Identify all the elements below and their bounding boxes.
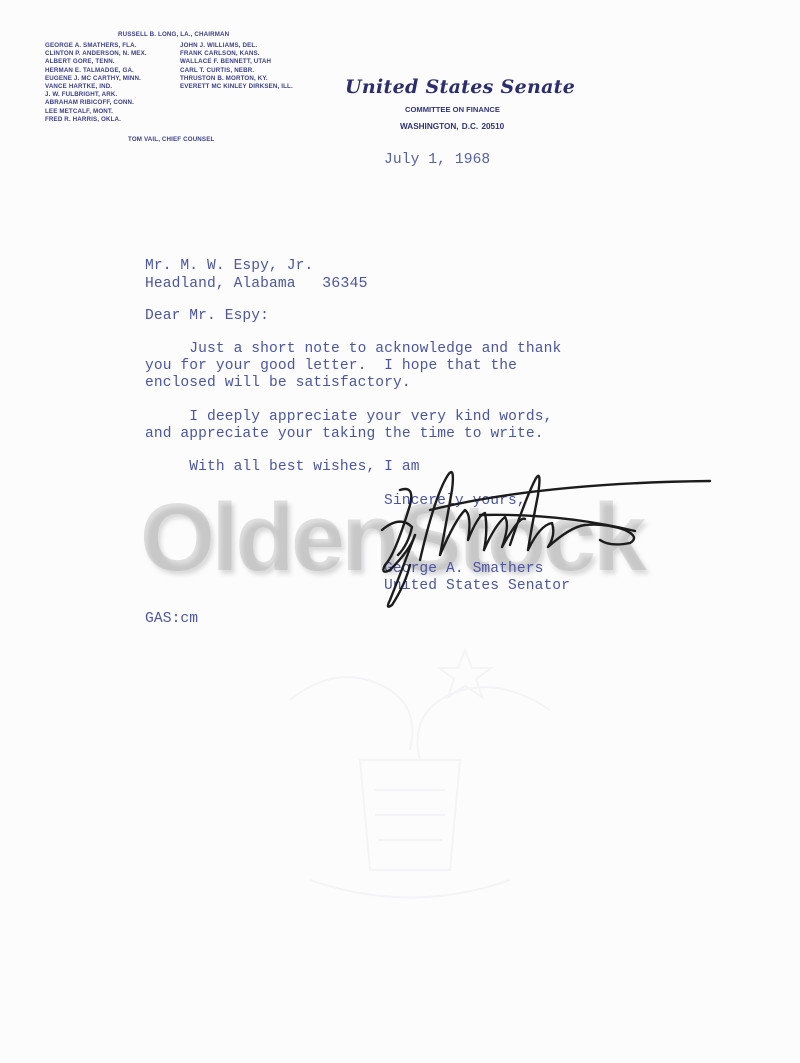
chairman-line: RUSSELL B. LONG, LA., CHAIRMAN (118, 31, 229, 38)
roster-member: J. W. FULBRIGHT, ARK. (45, 91, 147, 99)
roster-column-right: JOHN J. WILLIAMS, DEL. FRANK CARLSON, KA… (180, 42, 293, 91)
roster-member: CARL T. CURTIS, NEBR. (180, 67, 293, 75)
salutation: Dear Mr. Espy: (145, 308, 269, 325)
roster-member: CLINTON P. ANDERSON, N. MEX. (45, 50, 147, 58)
roster-member: EVERETT MC KINLEY DIRKSEN, ILL. (180, 83, 293, 91)
roster-member: FRANK CARLSON, KANS. (180, 50, 293, 58)
embossed-seal-icon (250, 640, 570, 920)
letterhead-address: WASHINGTON, D.C. 20510 (400, 122, 504, 131)
roster-member: JOHN J. WILLIAMS, DEL. (180, 42, 293, 50)
roster-member: VANCE HARTKE, IND. (45, 83, 147, 91)
letterhead-title: United States Senate (345, 76, 605, 98)
recipient-address: Mr. M. W. Espy, Jr. Headland, Alabama 36… (145, 258, 368, 293)
letter-date: July 1, 1968 (384, 152, 490, 169)
roster-member: ALBERT GORE, TENN. (45, 58, 147, 66)
chief-counsel-line: TOM VAIL, CHIEF COUNSEL (128, 136, 214, 143)
roster-member: THRUSTON B. MORTON, KY. (180, 75, 293, 83)
closing-wishes: With all best wishes, I am (145, 459, 420, 476)
body-paragraph-1: Just a short note to acknowledge and tha… (145, 341, 561, 392)
roster-member: HERMAN E. TALMADGE, GA. (45, 67, 147, 75)
roster-column-left: GEORGE A. SMATHERS, FLA. CLINTON P. ANDE… (45, 42, 147, 124)
reference-initials: GAS:cm (145, 611, 198, 628)
signature-block: George A. Smathers United States Senator (384, 561, 570, 595)
signer-title: United States Senator (384, 578, 570, 594)
roster-member: EUGENE J. MC CARTHY, MINN. (45, 75, 147, 83)
committee-name: COMMITTEE ON FINANCE (405, 105, 500, 114)
roster-member: WALLACE F. BENNETT, UTAH (180, 58, 293, 66)
recipient-city: Headland, Alabama (145, 276, 322, 292)
complimentary-close: Sincerely yours, (384, 493, 526, 510)
letter-page: RUSSELL B. LONG, LA., CHAIRMAN GEORGE A.… (0, 0, 800, 1063)
body-paragraph-2: I deeply appreciate your very kind words… (145, 409, 552, 443)
signer-name: George A. Smathers (384, 561, 543, 577)
roster-member: GEORGE A. SMATHERS, FLA. (45, 42, 147, 50)
roster-member: LEE METCALF, MONT. (45, 108, 147, 116)
roster-member: ABRAHAM RIBICOFF, CONN. (45, 99, 147, 107)
recipient-zip: 36345 (322, 275, 368, 292)
recipient-name: Mr. M. W. Espy, Jr. (145, 258, 313, 274)
roster-member: FRED R. HARRIS, OKLA. (45, 116, 147, 124)
